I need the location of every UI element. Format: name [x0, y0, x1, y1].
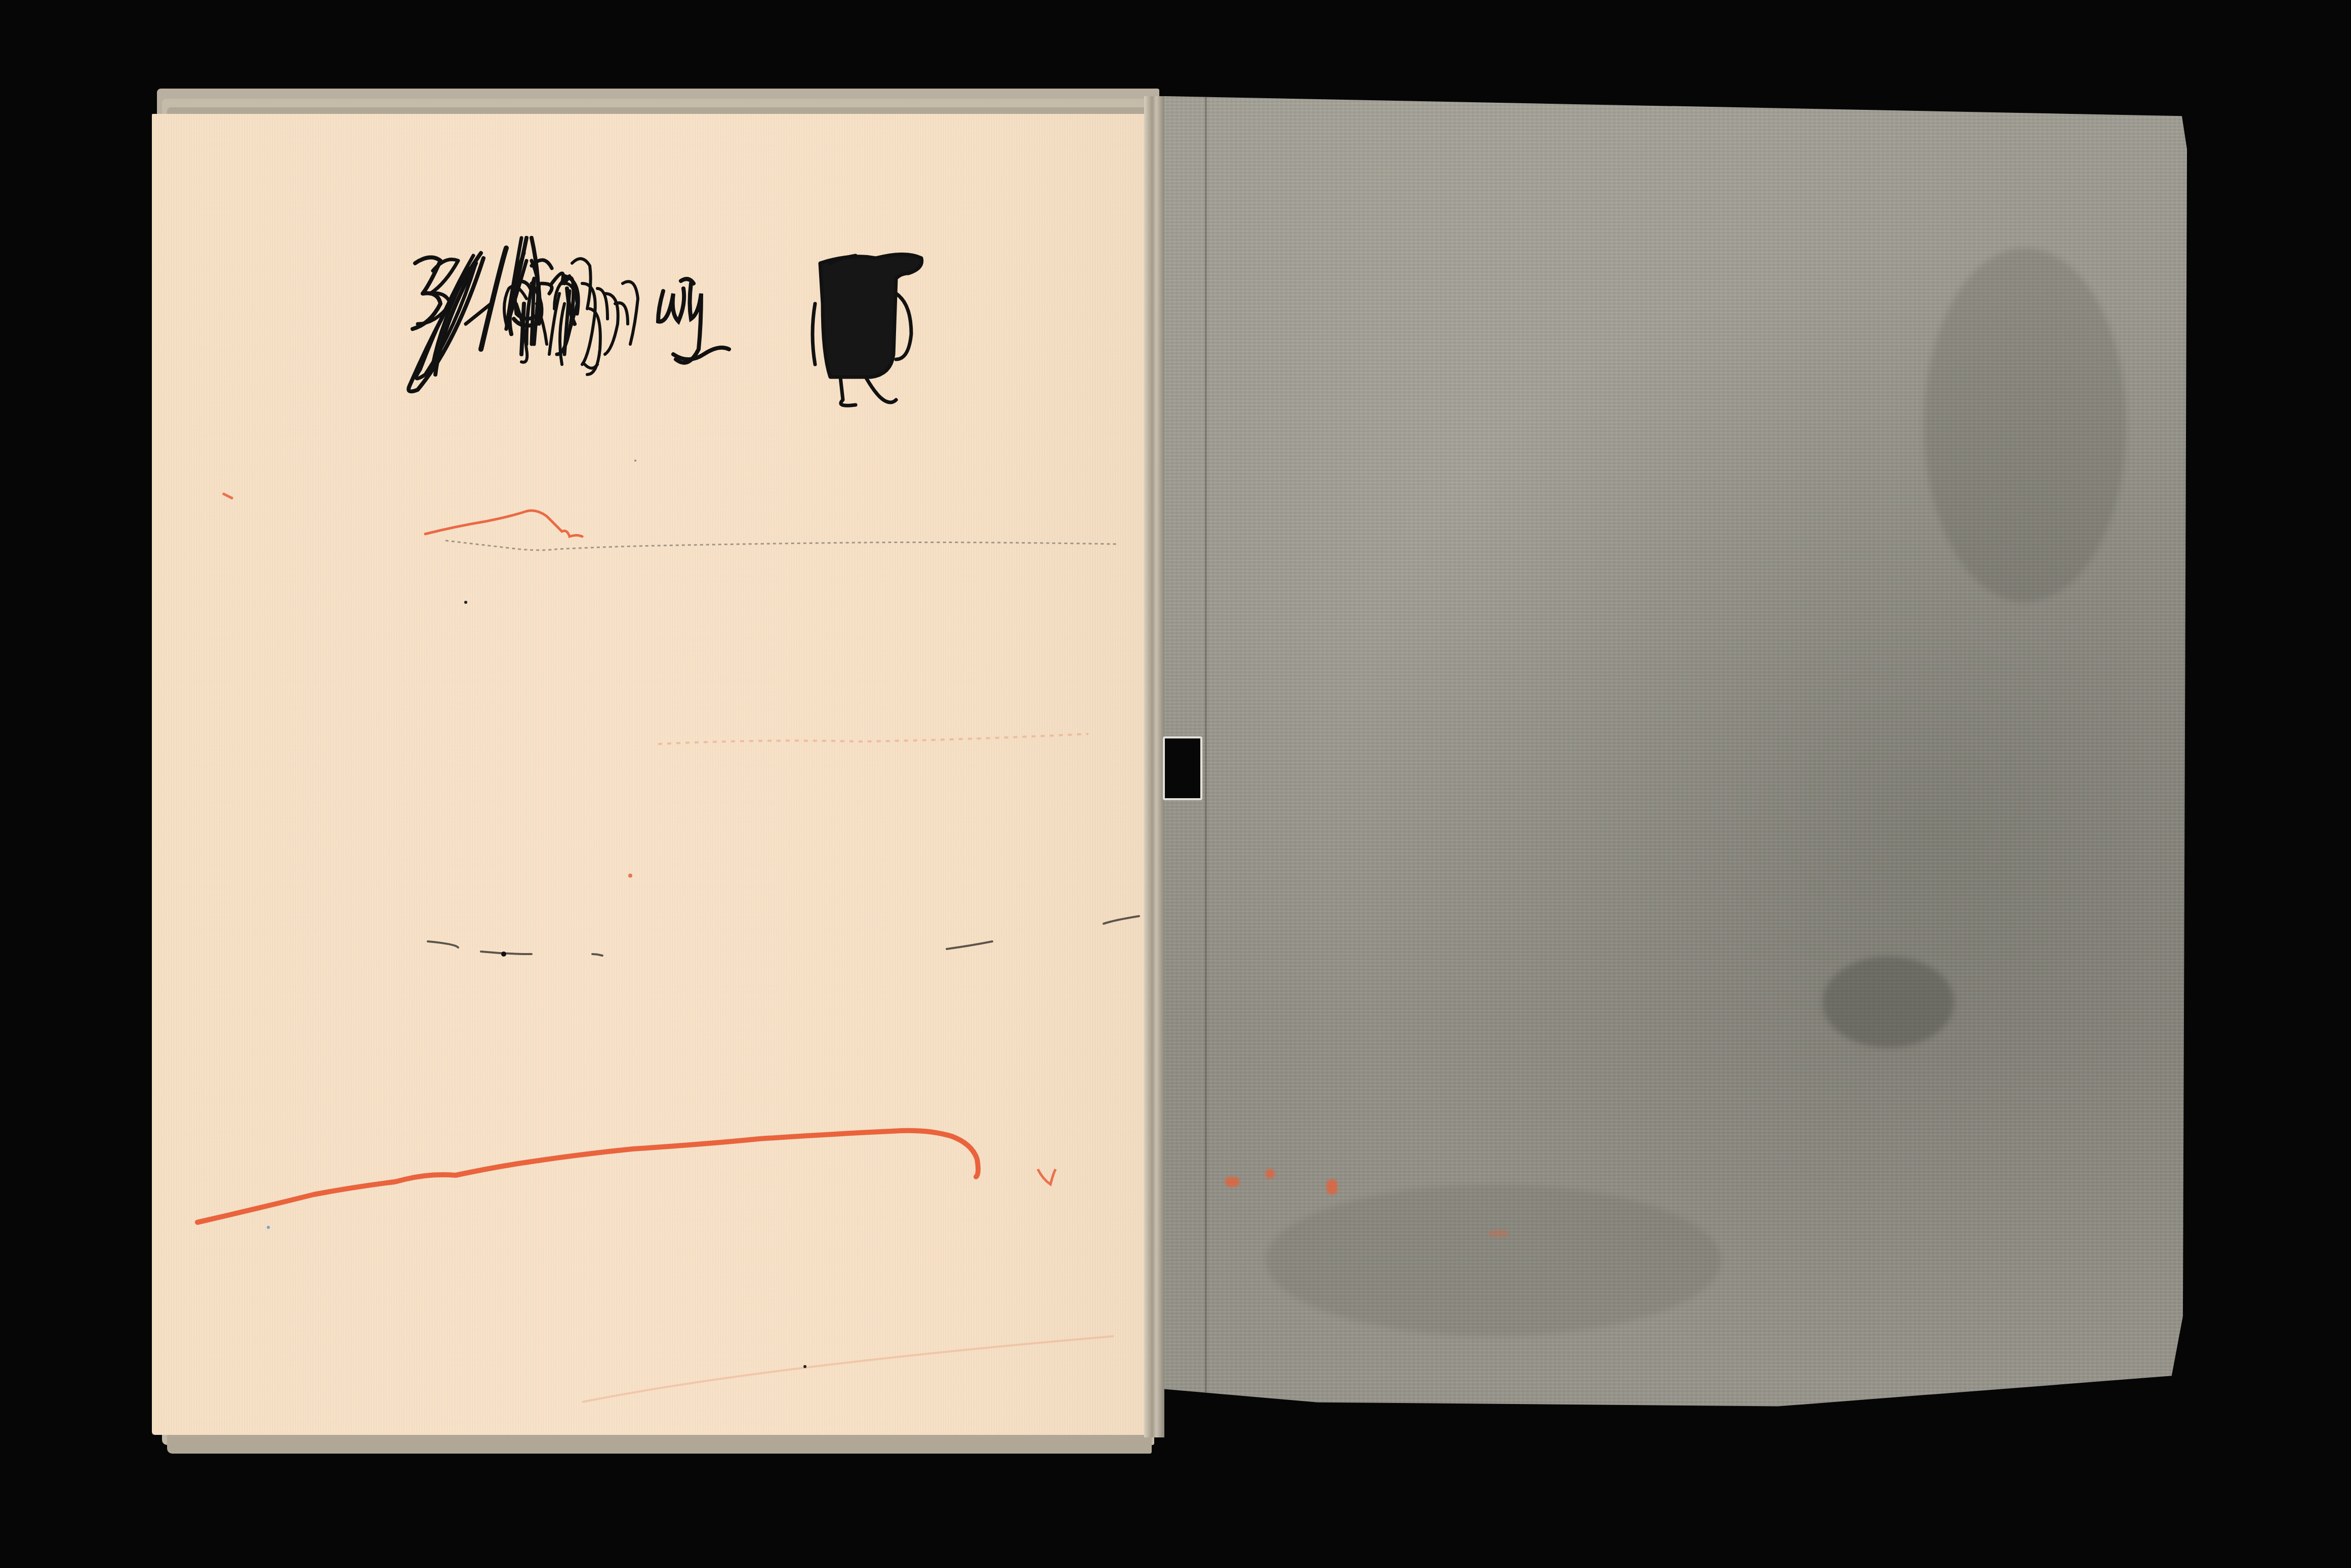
- red-crayon-tick: [223, 493, 233, 499]
- pencil-line-upper: [445, 541, 1119, 550]
- ink-dot: [803, 1365, 806, 1368]
- red-crayon-small-mark: [1038, 1169, 1056, 1184]
- ink-cartoon-figure: [813, 255, 922, 406]
- ink-dot: [634, 460, 636, 462]
- photo-background: [0, 0, 2351, 1568]
- ink-dot: [501, 952, 506, 957]
- blue-speck: [267, 1226, 270, 1229]
- page-drawings: [0, 0, 2351, 1568]
- orange-dotted-line: [658, 734, 1088, 744]
- pencil-line-lower: [428, 916, 1139, 956]
- red-crayon-lower: [197, 1131, 978, 1222]
- red-crayon-faint-bottom: [582, 1336, 1114, 1402]
- orange-dot: [628, 874, 632, 878]
- ink-dot: [464, 601, 467, 604]
- red-crayon-upper: [425, 511, 582, 537]
